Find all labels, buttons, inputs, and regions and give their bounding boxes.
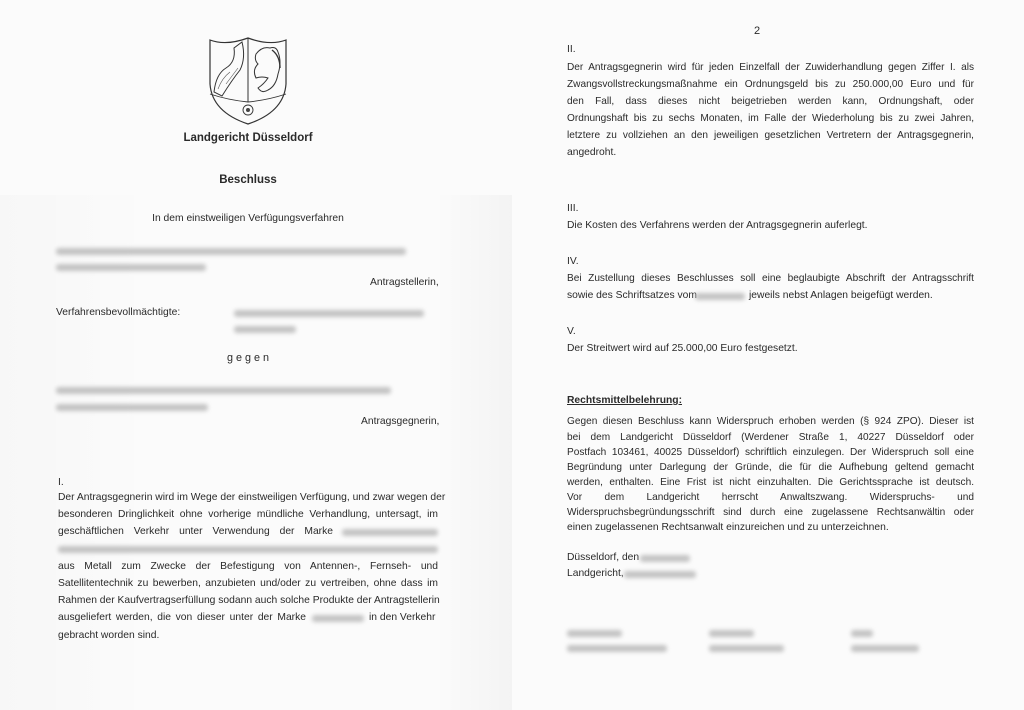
section-IV-line-head: sowie des Schriftsatzes vom	[567, 290, 697, 302]
section-III-text: Die Kosten des Verfahrens werden der Ant…	[567, 220, 868, 232]
section-I-line-tail: in den Verkehr	[369, 612, 435, 624]
page-number: 2	[512, 25, 1002, 37]
redacted-clerk-name	[624, 571, 696, 578]
legal-remedy-line: Postfach 103461, 40025 Düsseldorf) schri…	[567, 447, 974, 459]
section-V-text: Der Streitwert wird auf 25.000,00 Euro f…	[567, 343, 798, 355]
legal-remedy-line: Begründung unter Darlegung der Gründe, d…	[567, 462, 974, 474]
redacted-counsel-line-1	[234, 310, 424, 317]
legal-remedy-line: einen zugelassenen Rechtsanwalt einzurei…	[567, 522, 889, 534]
respondent-role: Antragsgegnerin,	[361, 416, 439, 428]
redacted-judge-3-name	[851, 630, 873, 637]
versus-label: g e g e n	[227, 352, 269, 364]
redacted-product-description	[58, 546, 438, 553]
section-II-line: Zwangsvollstreckungsmaßnahme ein Ordnung…	[567, 79, 974, 91]
redacted-judge-2-title	[709, 645, 784, 652]
redacted-respondent-line-2	[56, 404, 208, 411]
place-date: Düsseldorf, den	[567, 552, 639, 564]
redacted-date	[695, 293, 745, 300]
section-V-numeral: V.	[567, 326, 576, 338]
section-I-line: geschäftlichen Verkehr unter Verwendung …	[58, 526, 333, 538]
section-II-line: Ordnungshaft bis zu sechs Monaten, im Fa…	[567, 113, 974, 125]
court-name: Landgericht Düsseldorf	[0, 132, 496, 144]
redacted-judge-3-title	[851, 645, 919, 652]
redacted-applicant-line-2	[56, 264, 206, 271]
legal-remedy-heading: Rechtsmittelbelehrung:	[567, 395, 682, 407]
redacted-applicant-line-1	[56, 248, 406, 255]
redacted-judge-1-name	[567, 630, 622, 637]
section-II-line: letztere zu vollziehen an den jeweiligen…	[567, 130, 974, 142]
nrw-coat-of-arms-icon	[206, 34, 290, 126]
section-II-line: Der Antragsgegnerin wird für jeden Einze…	[567, 62, 974, 74]
section-II-numeral: II.	[567, 44, 576, 56]
document-title: Beschluss	[0, 174, 496, 186]
section-I-line: Der Antragsgegnerin wird im Wege der ein…	[58, 492, 438, 504]
section-IV-numeral: IV.	[567, 256, 579, 268]
redacted-judge-1-title	[567, 645, 667, 652]
section-I-line: besonderen Dringlichkeit ohne vorherige …	[58, 509, 438, 521]
intro-line: In dem einstweiligen Verfügungsverfahren	[0, 213, 496, 225]
section-III-numeral: III.	[567, 203, 578, 215]
redacted-counsel-line-2	[234, 326, 296, 333]
legal-remedy-line: bei dem Landgericht Düsseldorf (Werdener…	[567, 432, 974, 444]
redacted-trademark	[342, 529, 438, 536]
section-I-line: aus Metall zum Zwecke der Befestigung vo…	[58, 561, 438, 573]
applicant-role: Antragstellerin,	[370, 277, 439, 289]
legal-remedy-line: Gegen diesen Beschluss kann Widerspruch …	[567, 416, 974, 428]
counsel-label: Verfahrensbevollmächtigte:	[56, 307, 180, 319]
section-II-line: den Fall, dass dieses nicht beigetrieben…	[567, 96, 974, 108]
section-IV-line: Bei Zustellung dieses Beschlusses soll e…	[567, 273, 974, 285]
redacted-trademark-2	[312, 615, 364, 622]
document-page-1: Landgericht Düsseldorf Beschluss In dem …	[0, 0, 512, 710]
redacted-signing-date	[640, 555, 690, 562]
legal-remedy-line: werden, enthalten. Eine Frist ist nicht …	[567, 477, 974, 489]
section-I-line: Rahmen der Kaufvertragserfüllung sodann …	[58, 595, 438, 607]
redacted-respondent-line-1	[56, 387, 391, 394]
court-signature-label: Landgericht,	[567, 568, 624, 580]
section-I-line: ausgeliefert werden, die von dieser unte…	[58, 612, 306, 624]
section-II-line: angedroht.	[567, 147, 616, 159]
section-IV-line-tail: jeweils nebst Anlagen beigefügt werden.	[749, 290, 933, 302]
section-I-line: Satellitentechnik zu bewerben, anzubiete…	[58, 578, 438, 590]
section-I-numeral: I.	[58, 477, 64, 489]
section-I-line: gebracht worden sind.	[58, 630, 159, 642]
legal-remedy-line: Vor dem Landgericht herrscht Anwaltszwan…	[567, 492, 974, 504]
redacted-judge-2-name	[709, 630, 754, 637]
legal-remedy-line: Widerspruchsbegründungsschrift sind durc…	[567, 507, 974, 519]
